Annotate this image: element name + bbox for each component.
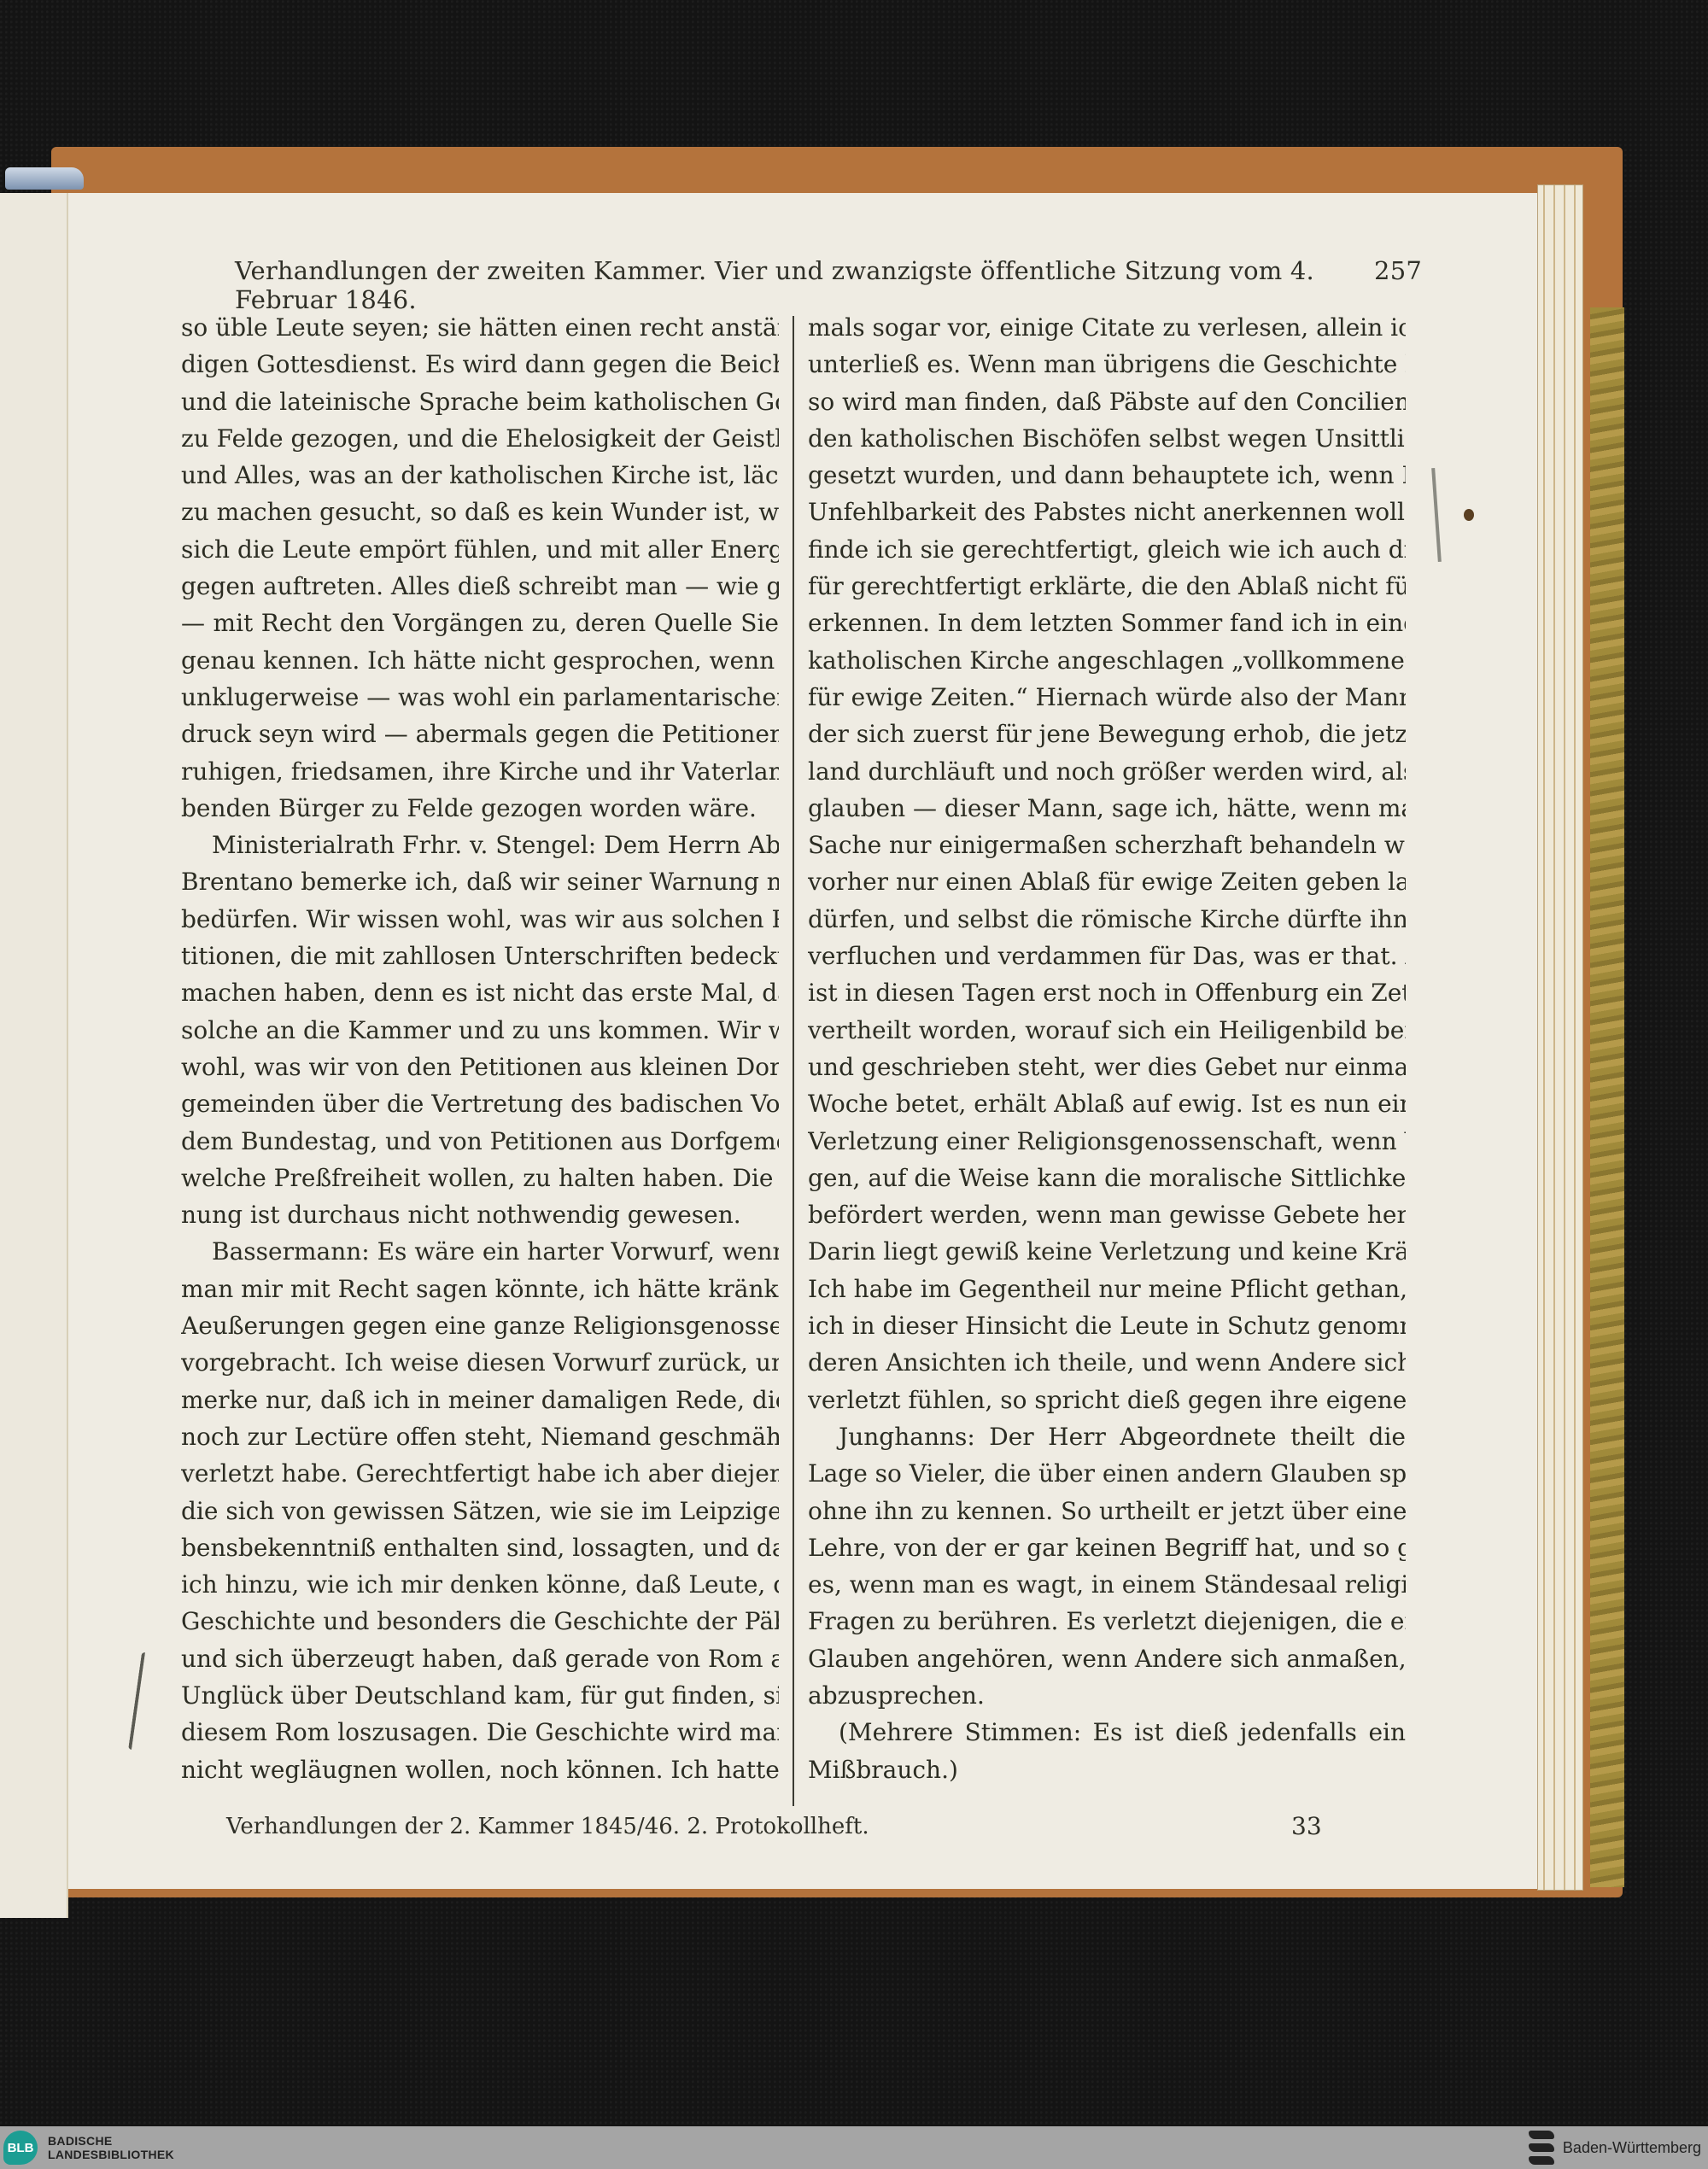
- text-line: bedürfen. Wir wissen wohl, was wir aus s…: [181, 901, 779, 938]
- text-line: vertheilt worden, worauf sich ein Heilig…: [808, 1012, 1406, 1049]
- text-line: Lage so Vieler, die über einen andern Gl…: [808, 1455, 1406, 1492]
- text-line: noch zur Lectüre offen steht, Niemand ge…: [181, 1418, 779, 1455]
- text-line: titionen, die mit zahllosen Unterschrift…: [181, 938, 779, 974]
- text-line: Brentano bemerke ich, daß wir seiner War…: [181, 863, 779, 900]
- text-line: abzusprechen.: [808, 1677, 1406, 1714]
- page-number: 257: [1374, 256, 1422, 285]
- text-line: Unglück über Deutschland kam, für gut fi…: [181, 1677, 779, 1714]
- page-stack-edge: [1537, 184, 1583, 1891]
- text-line: solche an die Kammer und zu uns kommen. …: [181, 1012, 779, 1049]
- text-line: digen Gottesdienst. Es wird dann gegen d…: [181, 346, 779, 383]
- text-line: die sich von gewissen Sätzen, wie sie im…: [181, 1493, 779, 1529]
- running-title: Verhandlungen der zweiten Kammer. Vier u…: [235, 256, 1374, 314]
- text-line: gegen auftreten. Alles dieß schreibt man…: [181, 568, 779, 605]
- text-line: ruhigen, friedsamen, ihre Kirche und ihr…: [181, 753, 779, 790]
- text-line: Aeußerungen gegen eine ganze Religionsge…: [181, 1307, 779, 1344]
- text-line: man mir mit Recht sagen könnte, ich hätt…: [181, 1271, 779, 1307]
- text-line: für gerechtfertigt erklärte, die den Abl…: [808, 568, 1406, 605]
- text-line: merke nur, daß ich in meiner damaligen R…: [181, 1382, 779, 1418]
- text-line: bensbekenntniß enthalten sind, lossagten…: [181, 1529, 779, 1566]
- text-line: der sich zuerst für jene Bewegung erhob,…: [808, 716, 1406, 752]
- previous-page-edge: [0, 193, 68, 1918]
- right-column: mals sogar vor, einige Citate zu verlese…: [808, 309, 1406, 1788]
- signature-line: Verhandlungen der 2. Kammer 1845/46. 2. …: [226, 1814, 869, 1839]
- running-head: Verhandlungen der zweiten Kammer. Vier u…: [235, 256, 1422, 290]
- text-line: ohne ihn zu kennen. So urtheilt er jetzt…: [808, 1493, 1406, 1529]
- blb-line2: LANDESBIBLIOTHEK: [48, 2148, 174, 2161]
- text-line: Fragen zu berühren. Es verletzt diejenig…: [808, 1603, 1406, 1640]
- text-line: Woche betet, erhält Ablaß auf ewig. Ist …: [808, 1085, 1406, 1122]
- column-divider: [793, 316, 794, 1806]
- viewer-footer-bar: BLB BADISCHE LANDESBIBLIOTHEK Baden-Würt…: [0, 2126, 1708, 2169]
- interjection-line: (Mehrere Stimmen: Es ist dieß jedenfalls…: [808, 1714, 1406, 1751]
- left-column: so üble Leute seyen; sie hätten einen re…: [181, 309, 779, 1788]
- text-line: unterließ es. Wenn man übrigens die Gesc…: [808, 346, 1406, 383]
- text-line: ist in diesen Tagen erst noch in Offenbu…: [808, 974, 1406, 1011]
- text-line: Unfehlbarkeit des Pabstes nicht anerkenn…: [808, 494, 1406, 530]
- text-line: für ewige Zeiten.“ Hiernach würde also d…: [808, 679, 1406, 716]
- text-line: dem Bundestag, und von Petitionen aus Do…: [181, 1123, 779, 1160]
- text-line: erkennen. In dem letzten Sommer fand ich…: [808, 605, 1406, 641]
- text-line: welche Preßfreiheit wollen, zu halten ha…: [181, 1160, 779, 1196]
- text-line: mals sogar vor, einige Citate zu verlese…: [808, 309, 1406, 346]
- spine-label: [5, 167, 84, 190]
- ink-spot: [1464, 509, 1474, 521]
- text-line: benden Bürger zu Felde gezogen worden wä…: [181, 790, 779, 827]
- text-line: gen, auf die Weise kann die moralische S…: [808, 1160, 1406, 1196]
- text-line: Verletzung einer Religionsgenossenschaft…: [808, 1123, 1406, 1160]
- text-line: und die lateinische Sprache beim katholi…: [181, 383, 779, 420]
- bw-logo-text: Baden-Württemberg: [1563, 2139, 1701, 2157]
- text-line: vorher nur einen Ablaß für ewige Zeiten …: [808, 863, 1406, 900]
- blb-logo-link[interactable]: BLB BADISCHE LANDESBIBLIOTHEK: [0, 2131, 174, 2165]
- text-line: so üble Leute seyen; sie hätten einen re…: [181, 309, 779, 346]
- speaker-line-junghanns: Junghanns: Der Herr Abgeordnete theilt d…: [808, 1418, 1406, 1455]
- speaker-line-stengel: Ministerialrath Frhr. v. Stengel: Dem He…: [181, 827, 779, 863]
- text-line: zu machen gesucht, so daß es kein Wunder…: [181, 494, 779, 530]
- text-line: katholischen Kirche angeschlagen „vollko…: [808, 642, 1406, 679]
- text-line: genau kennen. Ich hätte nicht gesprochen…: [181, 642, 779, 679]
- three-lions-crest-icon: [1529, 2131, 1554, 2165]
- text-line: gemeinden über die Vertretung des badisc…: [181, 1085, 779, 1122]
- text-line: verletzt fühlen, so spricht dieß gegen i…: [808, 1382, 1406, 1418]
- blb-line1: BADISCHE: [48, 2134, 174, 2148]
- blb-logo-icon: BLB: [3, 2131, 38, 2165]
- text-line: finde ich sie gerechtfertigt, gleich wie…: [808, 531, 1406, 568]
- text-line: vorgebracht. Ich weise diesen Vorwurf zu…: [181, 1344, 779, 1381]
- text-line: so wird man finden, daß Päbste auf den C…: [808, 383, 1406, 420]
- text-line: gesetzt wurden, und dann behauptete ich,…: [808, 457, 1406, 494]
- text-line: ich in dieser Hinsicht die Leute in Schu…: [808, 1307, 1406, 1344]
- text-line: sich die Leute empört fühlen, und mit al…: [181, 531, 779, 568]
- text-line: diesem Rom loszusagen. Die Geschichte wi…: [181, 1714, 779, 1751]
- text-line: ich hinzu, wie ich mir denken könne, daß…: [181, 1566, 779, 1603]
- text-line: Darin liegt gewiß keine Verletzung und k…: [808, 1233, 1406, 1270]
- text-line: deren Ansichten ich theile, und wenn And…: [808, 1344, 1406, 1381]
- text-line: unklugerweise — was wohl ein parlamentar…: [181, 679, 779, 716]
- marbled-cover-edge: [1590, 307, 1624, 1887]
- text-line: verfluchen und verdammen für Das, was er…: [808, 938, 1406, 974]
- text-line: druck seyn wird — abermals gegen die Pet…: [181, 716, 779, 752]
- text-line: nung ist durchaus nicht nothwendig gewes…: [181, 1196, 779, 1233]
- text-line: Glauben angehören, wenn Andere sich anma…: [808, 1640, 1406, 1677]
- blb-logo-text: BADISCHE LANDESBIBLIOTHEK: [48, 2134, 174, 2161]
- text-line: Geschichte und besonders die Geschichte …: [181, 1603, 779, 1640]
- speaker-line-bassermann: Bassermann: Es wäre ein harter Vorwurf, …: [181, 1233, 779, 1270]
- text-line: und Alles, was an der katholischen Kirch…: [181, 457, 779, 494]
- text-line: nicht wegläugnen wollen, noch können. Ic…: [181, 1751, 779, 1788]
- text-line: wohl, was wir von den Petitionen aus kle…: [181, 1049, 779, 1085]
- text-line: es, wenn man es wagt, in einem Ständesaa…: [808, 1566, 1406, 1603]
- text-line: — mit Recht den Vorgängen zu, deren Quel…: [181, 605, 779, 641]
- text-line: machen haben, denn es ist nicht das erst…: [181, 974, 779, 1011]
- text-line: Ich habe im Gegentheil nur meine Pflicht…: [808, 1271, 1406, 1307]
- text-line: Mißbrauch.): [808, 1751, 1406, 1788]
- text-line: verletzt habe. Gerechtfertigt habe ich a…: [181, 1455, 779, 1492]
- text-line: glauben — dieser Mann, sage ich, hätte, …: [808, 790, 1406, 827]
- text-line: Sache nur einigermaßen scherzhaft behand…: [808, 827, 1406, 863]
- text-line: und geschrieben steht, wer dies Gebet nu…: [808, 1049, 1406, 1085]
- text-line: land durchläuft und noch größer werden w…: [808, 753, 1406, 790]
- text-line: Lehre, von der er gar keinen Begriff hat…: [808, 1529, 1406, 1566]
- text-line: zu Felde gezogen, und die Ehelosigkeit d…: [181, 420, 779, 457]
- bw-logo-link[interactable]: Baden-Württemberg: [1529, 2131, 1708, 2165]
- text-line: befördert werden, wenn man gewisse Gebet…: [808, 1196, 1406, 1233]
- text-line: und sich überzeugt haben, daß gerade von…: [181, 1640, 779, 1677]
- text-line: dürfen, und selbst die römische Kirche d…: [808, 901, 1406, 938]
- signature-mark: 33: [1291, 1812, 1322, 1840]
- text-line: den katholischen Bischöfen selbst wegen …: [808, 420, 1406, 457]
